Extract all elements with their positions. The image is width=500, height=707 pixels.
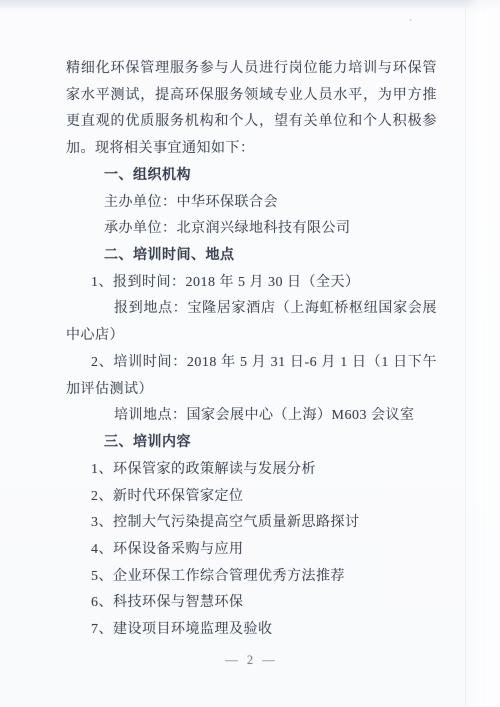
section3-item-5: 5、企业环保工作综合管理优秀方法推荐	[66, 564, 437, 591]
section3-item-2: 2、新时代环保管家定位	[66, 484, 437, 511]
section2-item2-location: 培训地点：国家会展中心（上海）M603 会议室	[66, 403, 437, 430]
section1-organizer: 承办单位：北京润兴绿地科技有限公司	[66, 216, 437, 243]
intro-line-2: 家水平测试，提高环保服务领域专业人员水平，为甲方推荐	[66, 83, 437, 110]
section3-item-7: 7、建设项目环境监理及验收	[66, 617, 437, 644]
intro-line-1: 精细化环保管理服务参与人员进行岗位能力培训与环保管	[66, 56, 437, 83]
section2-item2-time-line2: 加评估测试）	[66, 377, 437, 404]
section3-item-6: 6、科技环保与智慧环保	[66, 590, 437, 617]
section2-item2-time-line1: 2、培训时间：2018 年 5 月 31 日-6 月 1 日（1 日下午参	[66, 350, 437, 377]
document-body: 精细化环保管理服务参与人员进行岗位能力培训与环保管 家水平测试，提高环保服务领域…	[66, 56, 437, 668]
section2-item1-location-line1: 报到地点：宝隆居家酒店（上海虹桥枢纽国家会展	[66, 296, 437, 323]
scan-edge-top	[0, 0, 500, 9]
section3-heading: 三、培训内容	[66, 430, 437, 457]
section2-item1-time: 1、报到时间：2018 年 5 月 30 日（全天）	[66, 270, 437, 297]
section2-item1-location-line2: 中心店）	[66, 323, 437, 350]
scanned-document-page: 精细化环保管理服务参与人员进行岗位能力培训与环保管 家水平测试，提高环保服务领域…	[0, 0, 500, 707]
scan-edge-right	[465, 0, 500, 707]
section1-heading: 一、组织机构	[66, 163, 437, 190]
section1-host: 主办单位：中华环保联合会	[66, 190, 437, 217]
section3-item-4: 4、环保设备采购与应用	[66, 537, 437, 564]
page-number: — 2 —	[66, 653, 437, 668]
intro-line-4: 加。现将相关事宜通知如下：	[66, 136, 437, 163]
section2-heading: 二、培训时间、地点	[66, 243, 437, 270]
section3-item-3: 3、控制大气污染提高空气质量新思路探讨	[66, 510, 437, 537]
scan-artifact-speck	[409, 19, 412, 21]
section3-item-1: 1、环保管家的政策解读与发展分析	[66, 457, 437, 484]
intro-line-3: 更直观的优质服务机构和个人，望有关单位和个人积极参	[66, 109, 437, 136]
